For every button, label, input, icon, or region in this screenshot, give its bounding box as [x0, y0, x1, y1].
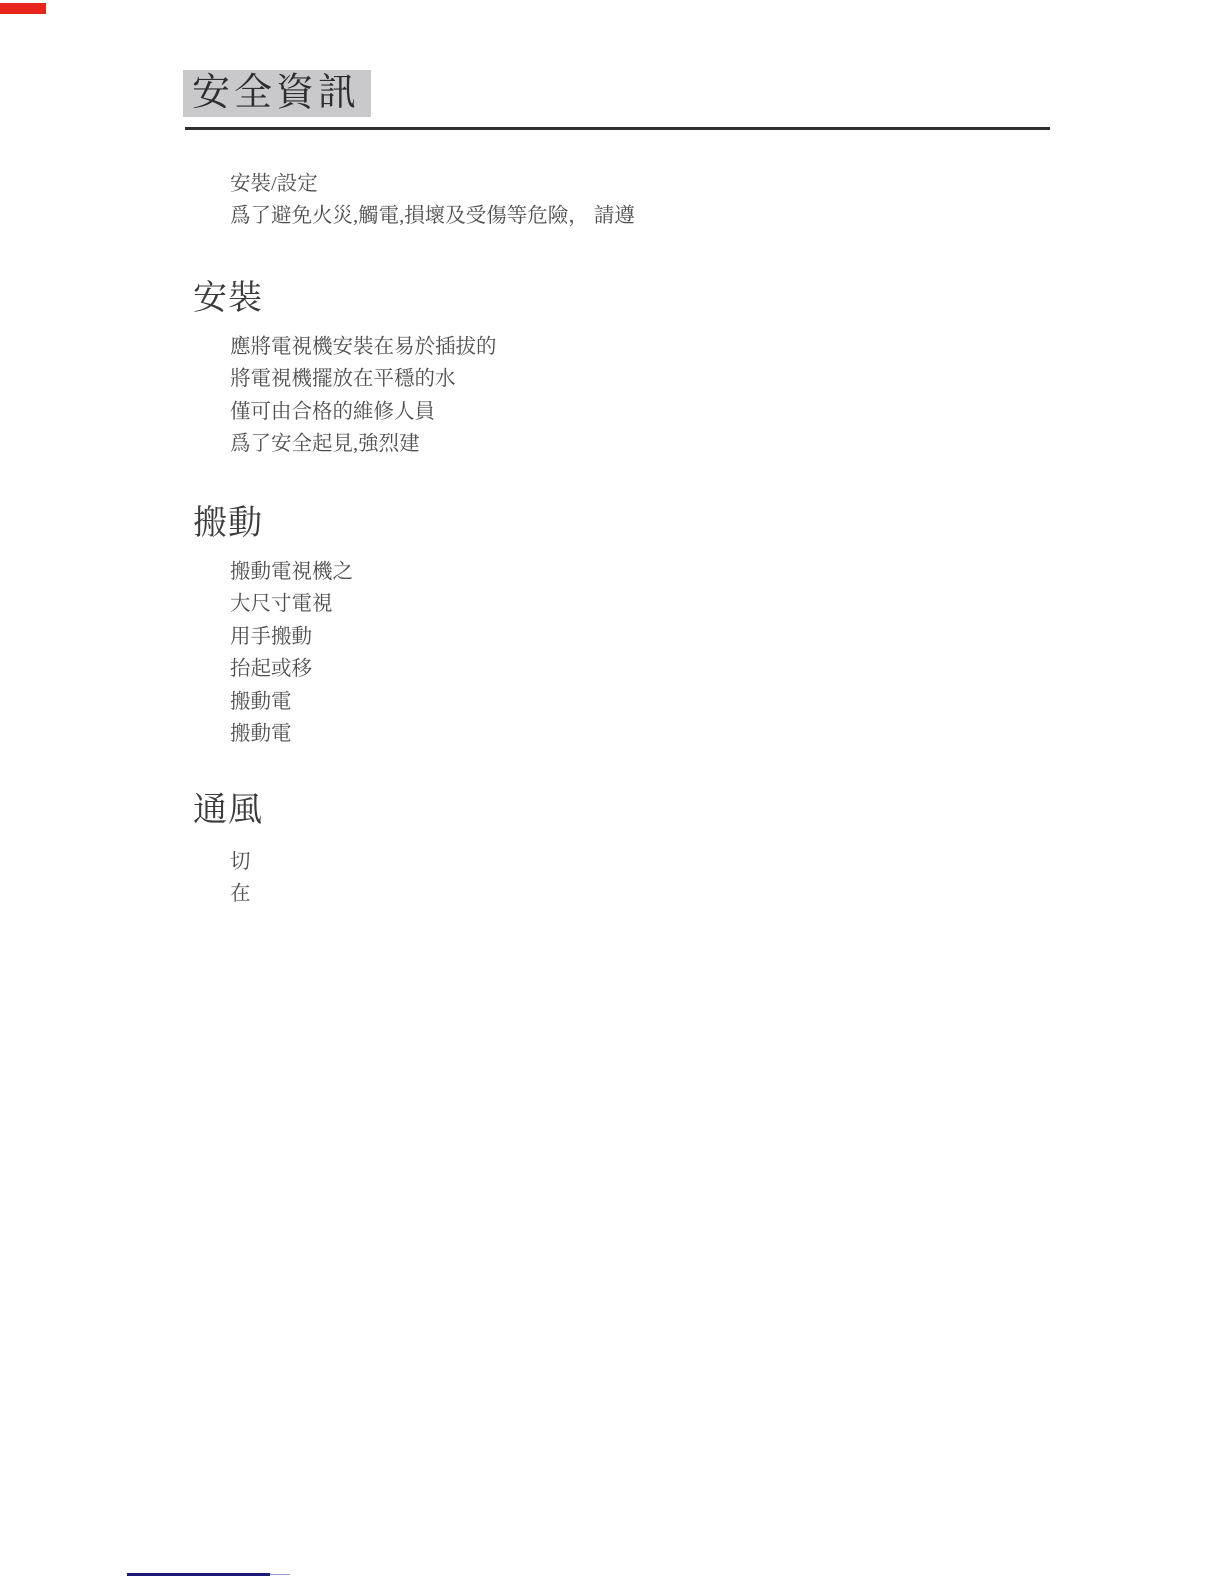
body-line: 爲了安全起見,強烈建: [230, 428, 497, 460]
body-line: 抬起或移: [230, 653, 353, 685]
section-body-installation: 應將電視機安裝在易於插拔的 將電視機擺放在平穩的水 僅可由合格的維修人員 爲了安…: [230, 331, 497, 461]
intro-line: 安裝/設定: [230, 168, 635, 200]
page-title: 安全資訊: [183, 70, 371, 117]
section-heading-moving: 搬動: [193, 506, 263, 542]
body-line: 應將電視機安裝在易於插拔的: [230, 331, 497, 363]
manual-page: 安全資訊 安裝/設定 爲了避免火災,觸電,損壞及受傷等危險， 請遵 安裝 應將電…: [0, 0, 1224, 1584]
body-line: 搬動電: [230, 686, 353, 718]
section-body-moving: 搬動電視機之 大尺寸電視 用手搬動 抬起或移 搬動電 搬動電: [230, 556, 353, 750]
intro-line: 爲了避免火災,觸電,損壞及受傷等危險， 請遵: [230, 200, 635, 232]
body-line: 用手搬動: [230, 621, 353, 653]
section-heading-installation: 安裝: [193, 281, 263, 317]
body-line: 將電視機擺放在平穩的水: [230, 363, 497, 395]
intro-paragraph: 安裝/設定 爲了避免火災,觸電,損壞及受傷等危險， 請遵: [230, 168, 635, 233]
section-heading-ventilation: 通風: [193, 793, 263, 829]
bottom-underline-artifact: [127, 1573, 270, 1576]
body-line: 在: [230, 878, 251, 910]
body-line: 僅可由合格的維修人員: [230, 396, 497, 428]
section-body-ventilation: 切 在: [230, 846, 251, 911]
body-line: 大尺寸電視: [230, 588, 353, 620]
body-line: 搬動電視機之: [230, 556, 353, 588]
body-line: 搬動電: [230, 718, 353, 750]
body-line: 切: [230, 846, 251, 878]
title-rule: [185, 127, 1050, 130]
page-corner-marker: [0, 3, 46, 14]
